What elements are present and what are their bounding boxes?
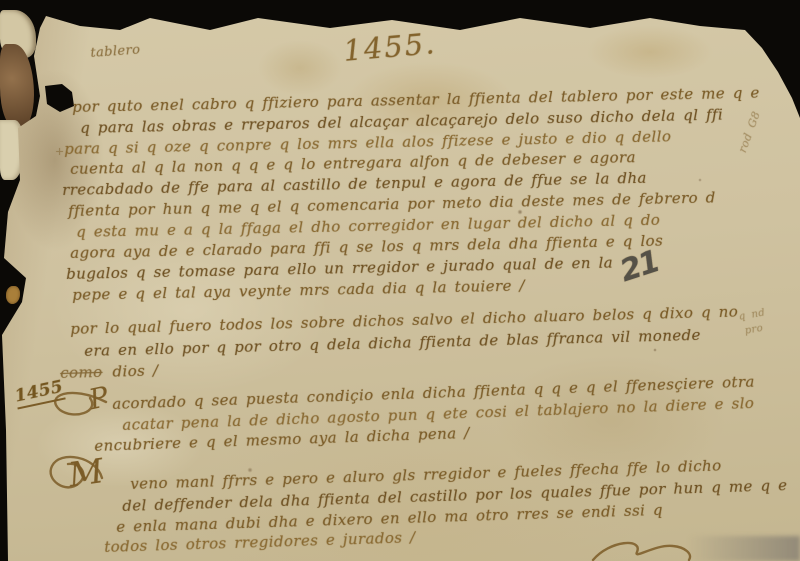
- struck-word: como: [60, 363, 103, 382]
- manuscript-line: comodios /: [60, 361, 159, 382]
- manuscript-scan: tablero 1455. 21 1455 + por quto enel ca…: [0, 0, 800, 561]
- initial-capital-m: M: [66, 451, 106, 495]
- edge-stain-fleck: [6, 286, 20, 304]
- line-text: dios /: [112, 361, 158, 380]
- bottom-flourish: [585, 538, 705, 561]
- bottom-right-smudge: [688, 536, 800, 561]
